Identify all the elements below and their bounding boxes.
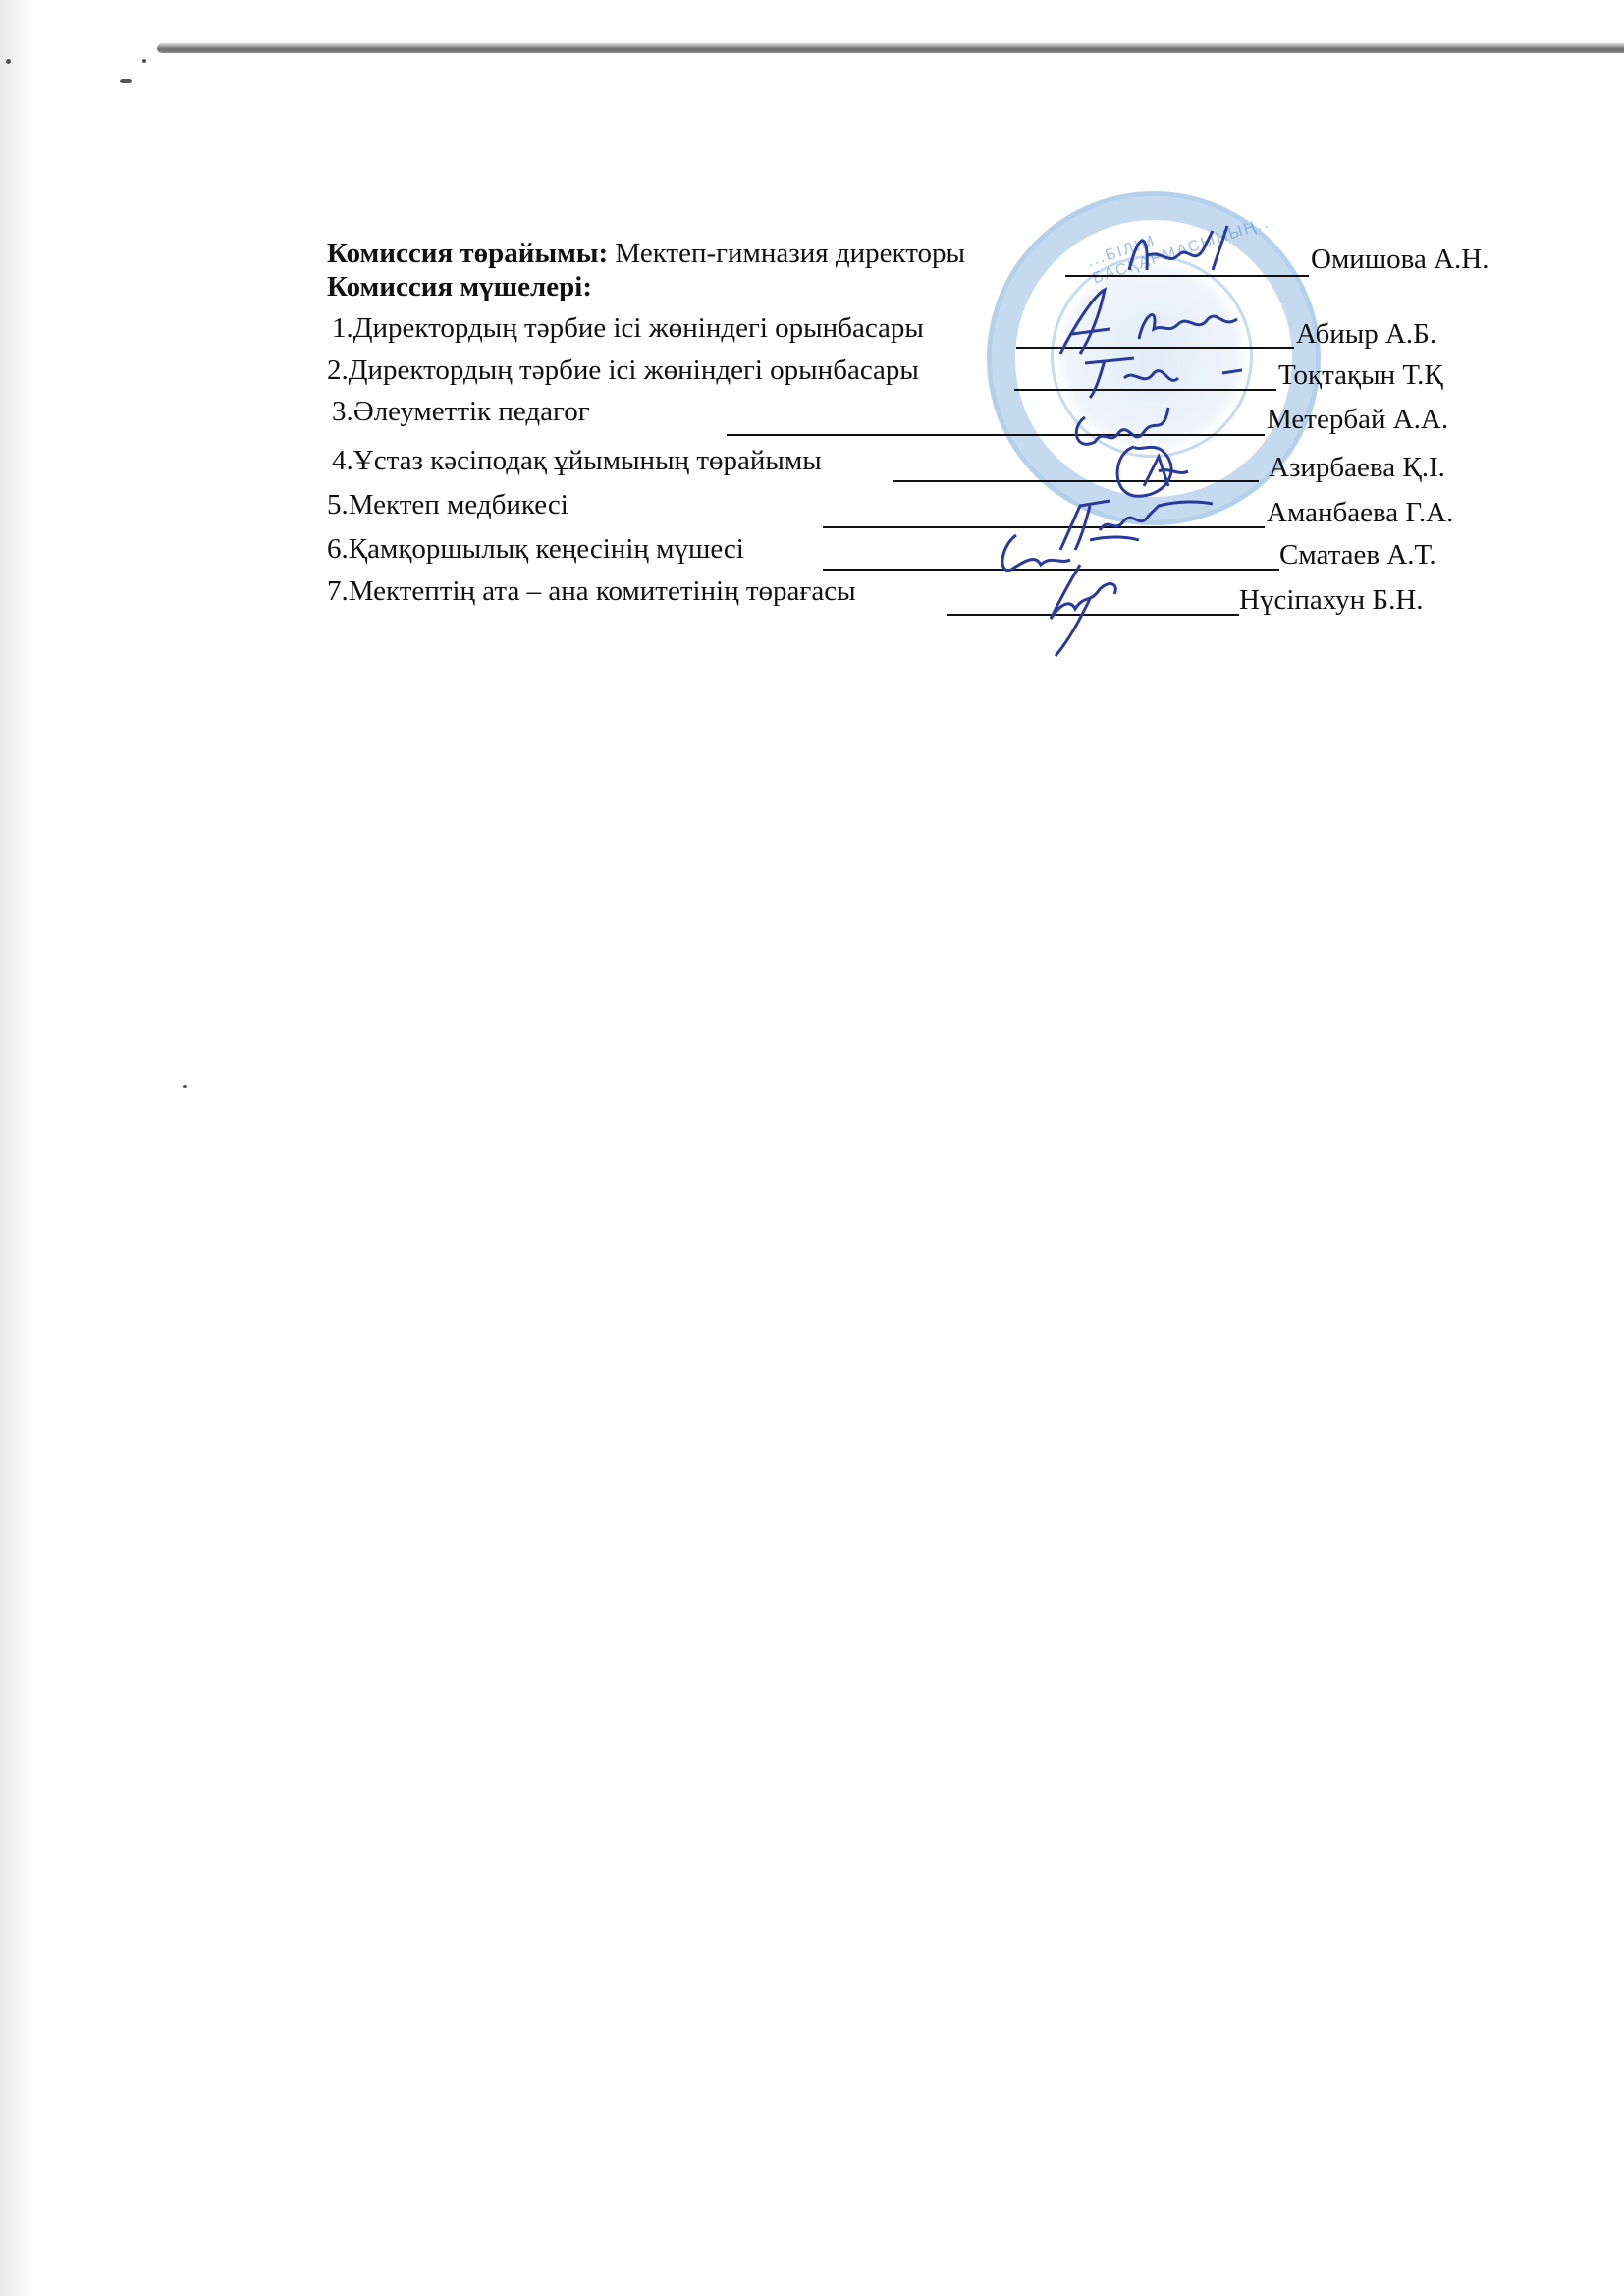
chair-label: Комиссия төрайымы: (327, 238, 608, 269)
scan-top-shadow (157, 43, 1624, 53)
members-heading: Комиссия мүшелері: (327, 273, 592, 301)
member-name: Абиыр А.Б. (1296, 320, 1436, 349)
scan-speck (183, 1085, 187, 1088)
member-role: 3.Әлеуметтік педагог (332, 398, 590, 426)
member-name: Аманбаева Г.А. (1267, 499, 1453, 527)
scan-speck (6, 59, 11, 64)
signature-chair (1119, 221, 1237, 290)
member-role: 1.Директордың тәрбие ісі жөніндегі орынб… (332, 314, 924, 343)
member-name: Метербай А.А. (1267, 406, 1448, 434)
member-role: 5.Мектеп медбикесі (327, 491, 568, 519)
member-role: 2.Директордың тәрбие ісі жөніндегі орынб… (327, 356, 919, 385)
chair-role: Мектеп-гимназия директоры (608, 238, 965, 269)
member-name: Азирбаева Қ.І. (1269, 454, 1445, 482)
scan-left-edge (0, 0, 39, 2296)
scan-speck (142, 59, 146, 63)
scan-speck (120, 79, 132, 83)
member-name: Сматаев А.Т. (1279, 541, 1436, 570)
chair-name: Омишова А.Н. (1311, 246, 1489, 274)
signature-line (727, 434, 1265, 436)
member-role: 6.Қамқоршылық кеңесінің мүшесі (327, 535, 744, 564)
signature-member-2 (1075, 349, 1242, 403)
signature-member-7 (1031, 560, 1139, 658)
signature-line (893, 480, 1259, 482)
member-name: Нүсіпахун Б.Н. (1239, 586, 1424, 615)
member-role: 7.Мектептің ата – ана комитетінің төраға… (327, 577, 856, 606)
chair-line: Комиссия төрайымы: Мектеп-гимназия дирек… (327, 240, 965, 268)
member-role: 4.Ұстаз кәсіподақ ұйымының төрайымы (332, 447, 822, 475)
member-name: Тоқтақын Т.Қ (1278, 361, 1443, 390)
